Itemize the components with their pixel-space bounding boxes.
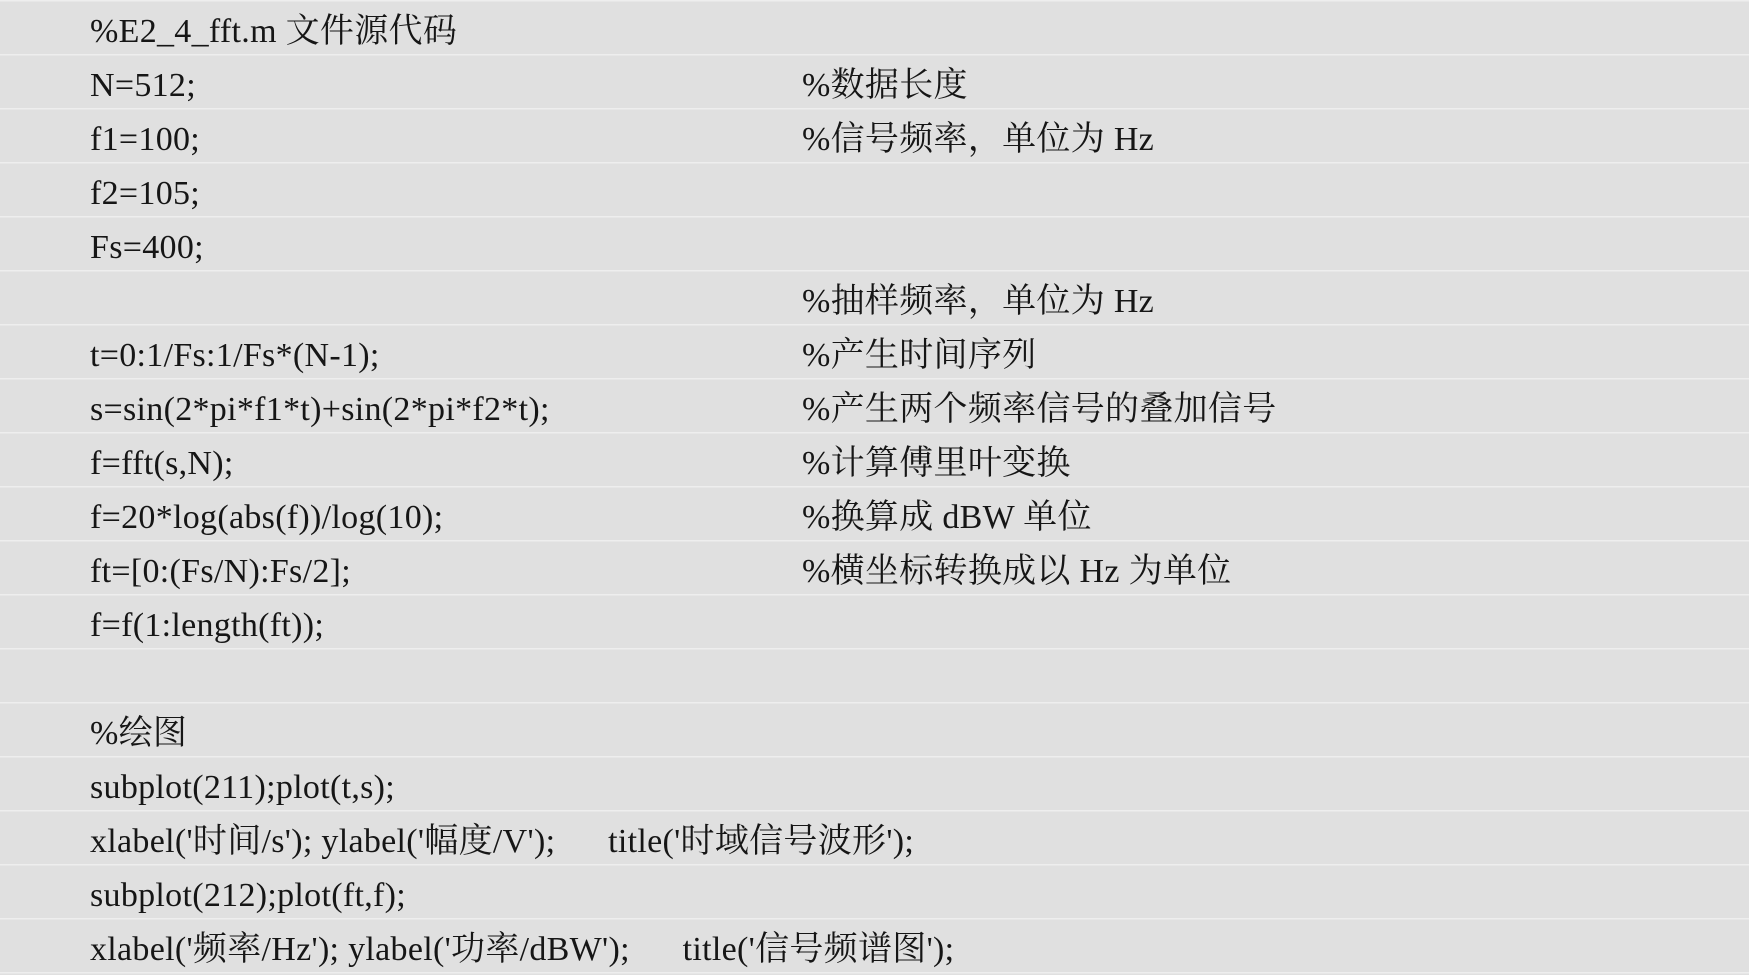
code-text: s=sin(2*pi*f1*t)+sin(2*pi*f2*t); bbox=[90, 393, 550, 427]
comment-text: %抽样频率，单位为 Hz bbox=[802, 285, 1154, 319]
code-line: xlabel('时间/s'); ylabel('幅度/V'); title('时… bbox=[0, 815, 1749, 869]
code-line bbox=[0, 653, 1749, 707]
code-text: f=20*log(abs(f))/log(10); bbox=[90, 501, 443, 535]
code-text: f1=100; bbox=[90, 123, 200, 157]
code-line: N=512; %数据长度 bbox=[0, 59, 1749, 113]
code-text: xlabel('时间/s'); ylabel('幅度/V'); title('时… bbox=[90, 825, 914, 859]
comment-text: %产生两个频率信号的叠加信号 bbox=[802, 393, 1277, 427]
code-line: %抽样频率，单位为 Hz bbox=[0, 275, 1749, 329]
code-text: f=f(1:length(ft)); bbox=[90, 609, 324, 643]
code-line: subplot(211);plot(t,s); bbox=[0, 761, 1749, 815]
code-line: f1=100; %信号频率，单位为 Hz bbox=[0, 113, 1749, 167]
code-text: %绘图 bbox=[90, 717, 187, 751]
code-text: subplot(212);plot(ft,f); bbox=[90, 879, 406, 913]
code-text: %E2_4_fft.m 文件源代码 bbox=[90, 15, 457, 49]
comment-text: %换算成 dBW 单位 bbox=[802, 501, 1092, 535]
code-text: Fs=400; bbox=[90, 231, 204, 265]
comment-text: %信号频率，单位为 Hz bbox=[802, 123, 1154, 157]
code-text: f2=105; bbox=[90, 177, 200, 211]
code-line: subplot(212);plot(ft,f); bbox=[0, 869, 1749, 923]
code-line: %绘图 bbox=[0, 707, 1749, 761]
code-line: Fs=400; bbox=[0, 221, 1749, 275]
code-line: f2=105; bbox=[0, 167, 1749, 221]
code-line: s=sin(2*pi*f1*t)+sin(2*pi*f2*t); %产生两个频率… bbox=[0, 383, 1749, 437]
code-listing: %E2_4_fft.m 文件源代码 N=512; %数据长度 f1=100; %… bbox=[0, 5, 1749, 975]
comment-text: %计算傅里叶变换 bbox=[802, 447, 1071, 481]
code-line: f=20*log(abs(f))/log(10); %换算成 dBW 单位 bbox=[0, 491, 1749, 545]
code-line: t=0:1/Fs:1/Fs*(N-1); %产生时间序列 bbox=[0, 329, 1749, 383]
comment-text: %数据长度 bbox=[802, 69, 968, 103]
code-line: xlabel('频率/Hz'); ylabel('功率/dBW'); title… bbox=[0, 923, 1749, 975]
code-text: t=0:1/Fs:1/Fs*(N-1); bbox=[90, 339, 380, 373]
code-text: f=fft(s,N); bbox=[90, 447, 234, 481]
code-text: N=512; bbox=[90, 69, 196, 103]
code-line: ft=[0:(Fs/N):Fs/2]; %横坐标转换成以 Hz 为单位 bbox=[0, 545, 1749, 599]
comment-text: %横坐标转换成以 Hz 为单位 bbox=[802, 555, 1231, 589]
code-line: f=f(1:length(ft)); bbox=[0, 599, 1749, 653]
code-text: subplot(211);plot(t,s); bbox=[90, 771, 395, 805]
code-text: xlabel('频率/Hz'); ylabel('功率/dBW'); title… bbox=[90, 933, 954, 967]
code-text: ft=[0:(Fs/N):Fs/2]; bbox=[90, 555, 351, 589]
code-line: %E2_4_fft.m 文件源代码 bbox=[0, 5, 1749, 59]
comment-text: %产生时间序列 bbox=[802, 339, 1036, 373]
code-line: f=fft(s,N); %计算傅里叶变换 bbox=[0, 437, 1749, 491]
document-page: %E2_4_fft.m 文件源代码 N=512; %数据长度 f1=100; %… bbox=[0, 0, 1749, 975]
